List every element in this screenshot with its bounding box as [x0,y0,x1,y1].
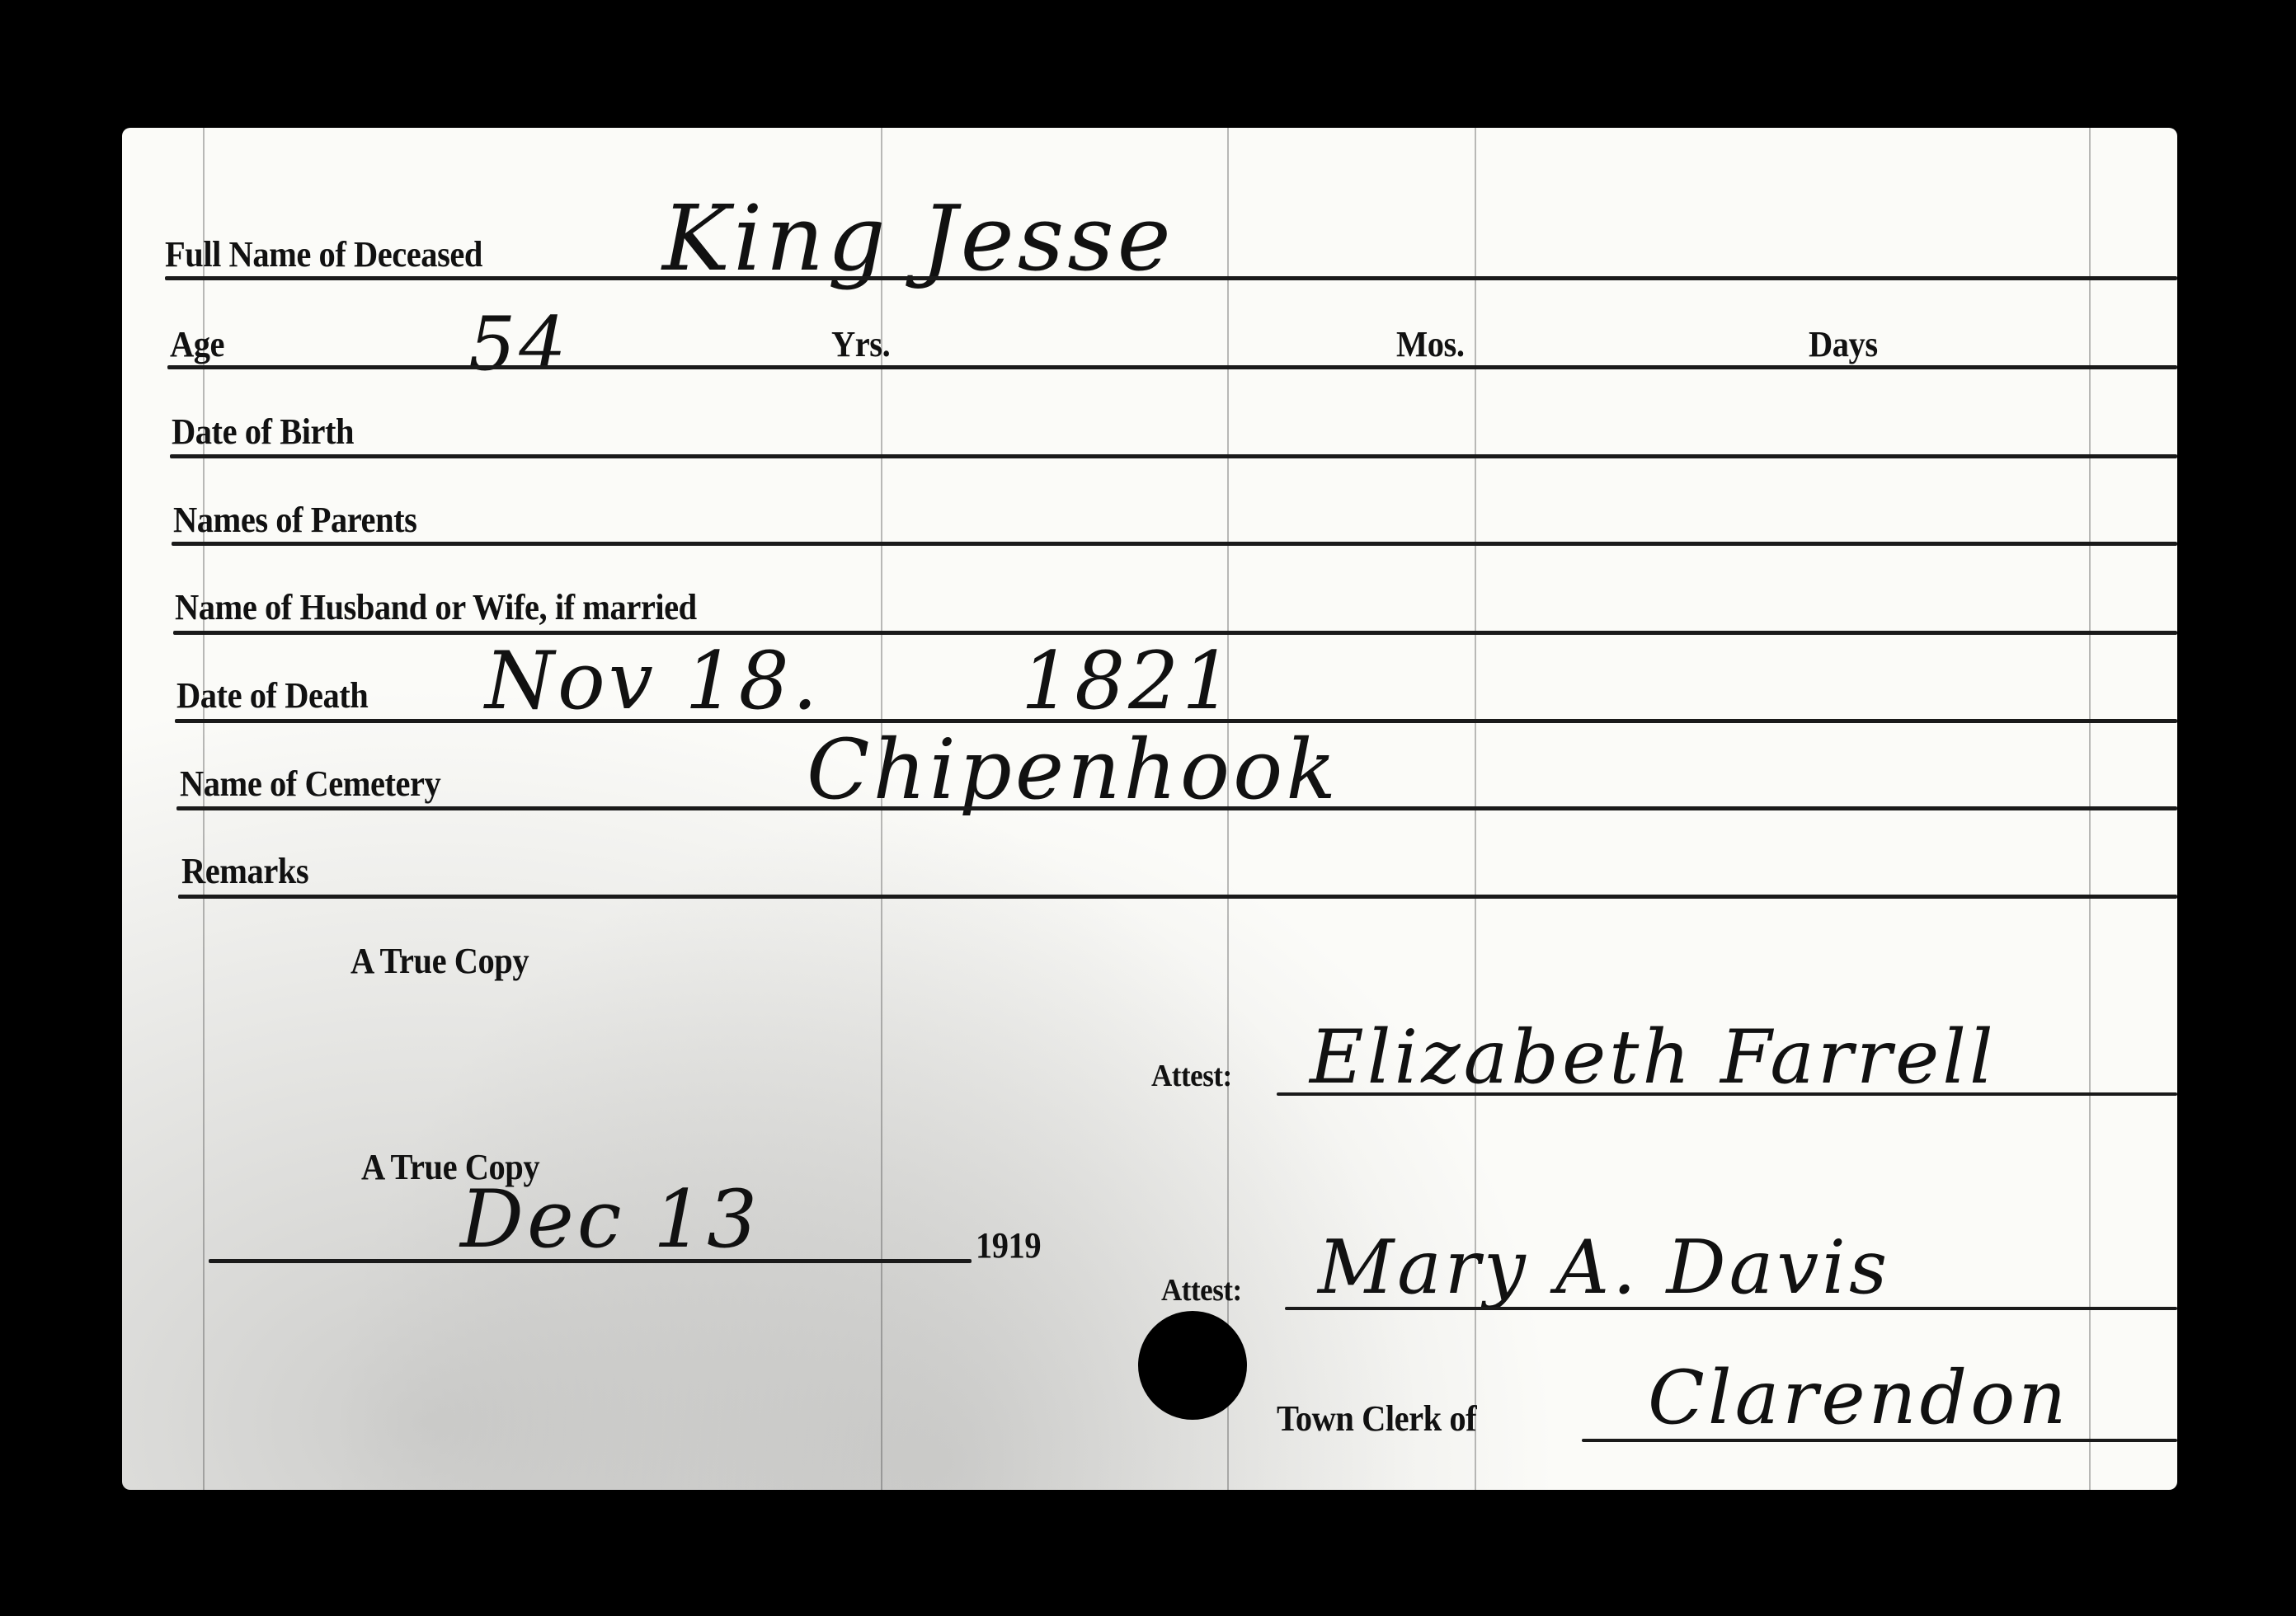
names-of-parents-label: Names of Parents [173,499,416,541]
cemetery-label: Name of Cemetery [180,763,440,805]
town-clerk-label: Town Clerk of [1277,1398,1476,1440]
town-value: Clarendon [1648,1355,2069,1441]
row-rule [172,542,2177,546]
attest-signature-1: Elizabeth Farrell [1310,1014,1997,1101]
copy-year: 1919 [976,1224,1041,1266]
row-rule [167,365,2177,369]
death-record-card: Full Name of Deceased King Jesse Age 54 … [122,128,2177,1490]
date-of-death-month-day: Nov 18. [485,635,821,727]
punch-hole-mark [1138,1311,1247,1420]
cemetery-value: Chipenhook [807,721,1339,818]
date-of-death-label: Date of Death [176,674,368,716]
attest-signature-2: Mary A. Davis [1318,1224,1890,1311]
date-of-death-year: 1821 [1021,635,1235,727]
date-line [209,1259,972,1263]
attest-label-1: Attest: [1151,1058,1232,1094]
copy-date: Dec 13 [460,1173,760,1266]
spouse-label: Name of Husband or Wife, if married [175,586,697,628]
age-label: Age [170,323,224,365]
years-label: Yrs. [831,323,890,365]
row-rule [178,895,2177,899]
signature-line [1582,1439,2177,1442]
full-name-label: Full Name of Deceased [165,233,482,275]
row-rule [176,806,2177,810]
signature-line [1277,1092,2177,1096]
signature-line [1285,1307,2177,1310]
age-value: 54 [468,301,570,388]
months-label: Mos. [1396,323,1464,365]
attest-label-2: Attest: [1161,1272,1242,1308]
remarks-label: Remarks [181,850,308,892]
row-rule [170,454,2177,458]
days-label: Days [1809,323,1878,365]
row-rule [165,276,2177,280]
true-copy-label-1: A True Copy [351,940,529,982]
date-of-birth-label: Date of Birth [172,411,354,453]
full-name-value: King Jesse [662,186,1174,291]
